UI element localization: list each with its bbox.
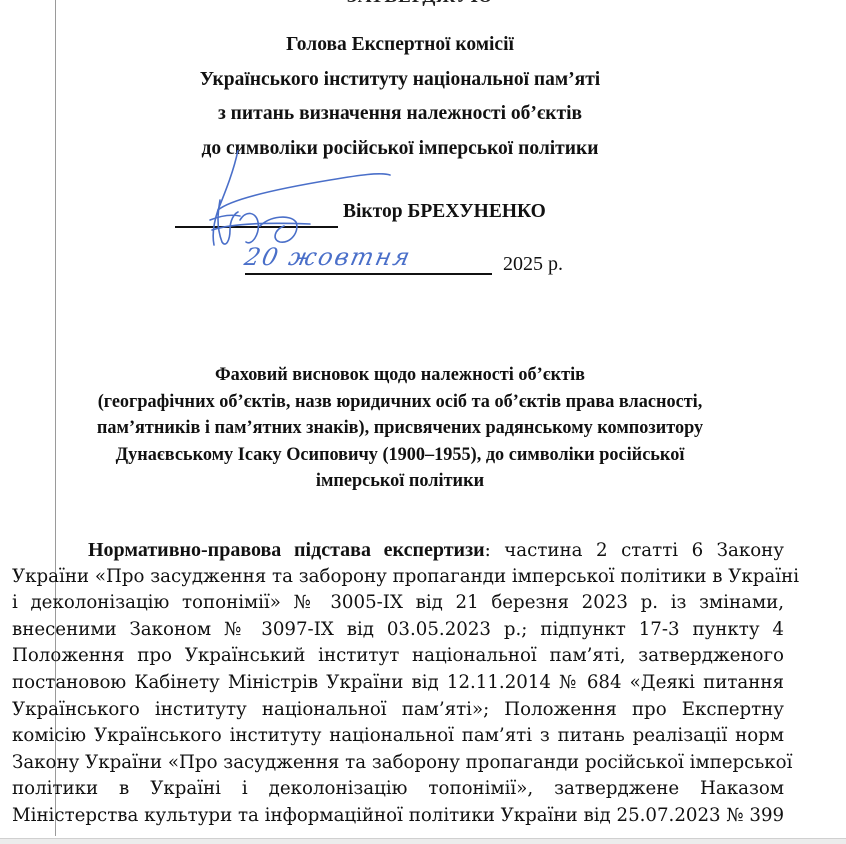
approval-line: Голова Експертної комісії [140, 28, 660, 63]
document-title: Фаховий висновок щодо належності об’єкті… [16, 362, 784, 495]
body-line: Нормативно-правова підстава експертизи: … [12, 537, 784, 564]
body-line: України «Про засудження та заборону проп… [12, 564, 784, 591]
body-line: постановою Кабінету Міністрів України ві… [12, 670, 784, 697]
body-line: Закону України «Про засудження та заборо… [12, 750, 784, 777]
body-line: Українського інституту національної пам’… [12, 697, 784, 724]
approval-line: до символіки російської імперської політ… [140, 132, 660, 167]
title-line: Дунаєвському Ісаку Осиповичу (1900–1955)… [16, 442, 784, 469]
date-line [245, 273, 492, 275]
page-bottom-edge [0, 838, 846, 844]
approval-line: Українського інституту національної пам’… [140, 63, 660, 98]
title-line: імперської політики [16, 468, 784, 495]
title-line: пам’ятників і пам’ятних знаків), присвяч… [16, 415, 784, 442]
approval-header: ЗАТВЕРДЖУЮ [300, 0, 540, 8]
body-line: політики в Україні і деколонізацію топон… [12, 776, 784, 803]
approval-block: Голова Експертної комісії Українського і… [140, 28, 660, 166]
date-year: 2025 р. [503, 253, 563, 276]
title-line: Фаховий висновок щодо належності об’єкті… [16, 362, 784, 389]
body-line: Положення про Український інститут націо… [12, 643, 784, 670]
body-line: комісію Українського інституту національ… [12, 723, 784, 750]
lead-rest-text: : частина 2 статті 6 Закону [485, 540, 784, 561]
body-line: Міністерства культури та інформаційної п… [12, 803, 784, 830]
lead-bold-text: Нормативно-правова підстава експертизи [88, 539, 485, 561]
body-line: внесеними Законом № 3097-IX від 03.05.20… [12, 617, 784, 644]
body-line: і деколонізацію топонімії» № 3005-IX від… [12, 590, 784, 617]
title-line: (географічних об’єктів, назв юридичних о… [16, 389, 784, 416]
body-paragraph: Нормативно-правова підстава експертизи: … [12, 537, 784, 830]
handwritten-date: 20 жовтня [242, 243, 414, 271]
signature-line [175, 226, 338, 228]
approval-line: з питань визначення належності об’єктів [140, 97, 660, 132]
signer-name: Віктор БРЕХУНЕНКО [343, 201, 546, 223]
